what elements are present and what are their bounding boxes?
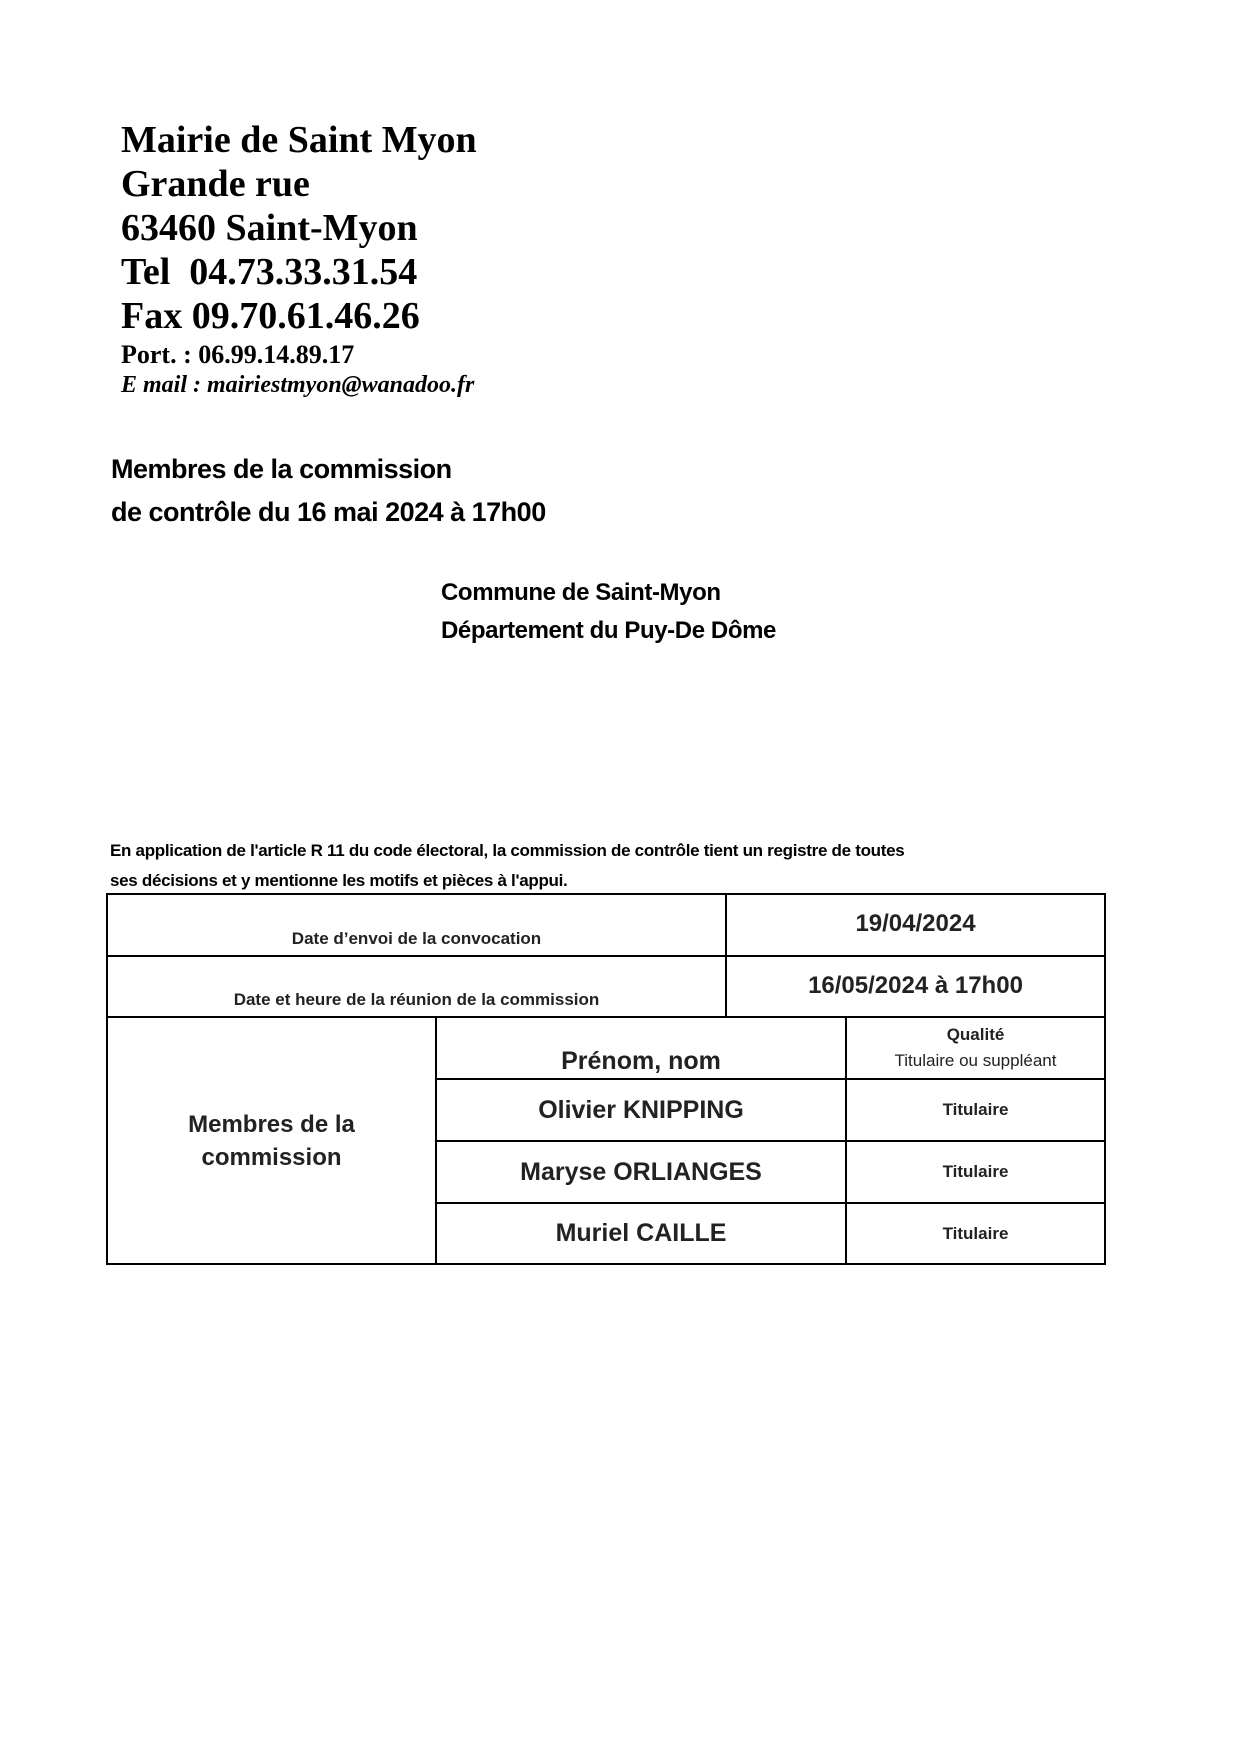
members-label-line-2: commission xyxy=(201,1141,341,1174)
intro-line-2: ses décisions et y mentionne les motifs … xyxy=(110,866,904,896)
intro-paragraph: En application de l'article R 11 du code… xyxy=(110,836,904,896)
member-name: Maryse ORLIANGES xyxy=(520,1158,762,1187)
members-label-cell: Membres de la commission xyxy=(106,1016,437,1265)
meeting-label: Date et heure de la réunion de la commis… xyxy=(234,990,600,1010)
quality-subheader: Titulaire ou suppléant xyxy=(895,1051,1057,1071)
member-name: Muriel CAILLE xyxy=(556,1219,727,1248)
meeting-datetime: 16/05/2024 à 17h00 xyxy=(808,972,1023,1000)
member-name: Olivier KNIPPING xyxy=(538,1096,744,1125)
convocation-label: Date d’envoi de la convocation xyxy=(292,929,541,949)
mairie-mobile: Port. : 06.99.14.89.17 xyxy=(121,340,477,370)
document-title: Membres de la commission de contrôle du … xyxy=(111,448,546,534)
commune-block: Commune de Saint-Myon Département du Puy… xyxy=(441,574,776,650)
mairie-fax: Fax 09.70.61.46.26 xyxy=(121,294,477,338)
member-quality: Titulaire xyxy=(943,1162,1009,1182)
title-line-1: Membres de la commission xyxy=(111,448,546,491)
intro-line-1: En application de l'article R 11 du code… xyxy=(110,836,904,866)
member-name-cell: Olivier KNIPPING xyxy=(435,1078,847,1142)
name-header-cell: Prénom, nom xyxy=(435,1016,847,1080)
mairie-email: E mail : mairiestmyon@wanadoo.fr xyxy=(121,370,477,400)
member-quality: Titulaire xyxy=(943,1224,1009,1244)
name-header: Prénom, nom xyxy=(561,1047,721,1076)
mairie-name: Mairie de Saint Myon xyxy=(121,118,477,162)
quality-header: Qualité xyxy=(947,1025,1005,1045)
convocation-value-cell: 19/04/2024 xyxy=(725,893,1106,957)
commission-table: Date d’envoi de la convocation 19/04/202… xyxy=(106,893,1106,1265)
member-quality-cell: Titulaire xyxy=(845,1078,1106,1142)
mairie-tel: Tel 04.73.33.31.54 xyxy=(121,250,477,294)
meeting-label-cell: Date et heure de la réunion de la commis… xyxy=(106,955,727,1018)
member-name-cell: Muriel CAILLE xyxy=(435,1202,847,1265)
member-quality-cell: Titulaire xyxy=(845,1140,1106,1204)
meeting-value-cell: 16/05/2024 à 17h00 xyxy=(725,955,1106,1018)
convocation-label-cell: Date d’envoi de la convocation xyxy=(106,893,727,957)
title-line-2: de contrôle du 16 mai 2024 à 17h00 xyxy=(111,491,546,534)
member-quality: Titulaire xyxy=(943,1100,1009,1120)
mairie-city: 63460 Saint-Myon xyxy=(121,206,477,250)
members-label-line-1: Membres de la xyxy=(188,1108,355,1141)
quality-header-cell: Qualité Titulaire ou suppléant xyxy=(845,1016,1106,1080)
mairie-street: Grande rue xyxy=(121,162,477,206)
department-name: Département du Puy-De Dôme xyxy=(441,612,776,650)
commune-name: Commune de Saint-Myon xyxy=(441,574,776,612)
member-name-cell: Maryse ORLIANGES xyxy=(435,1140,847,1204)
convocation-date: 19/04/2024 xyxy=(855,910,975,938)
letterhead: Mairie de Saint Myon Grande rue 63460 Sa… xyxy=(121,118,477,400)
member-quality-cell: Titulaire xyxy=(845,1202,1106,1265)
